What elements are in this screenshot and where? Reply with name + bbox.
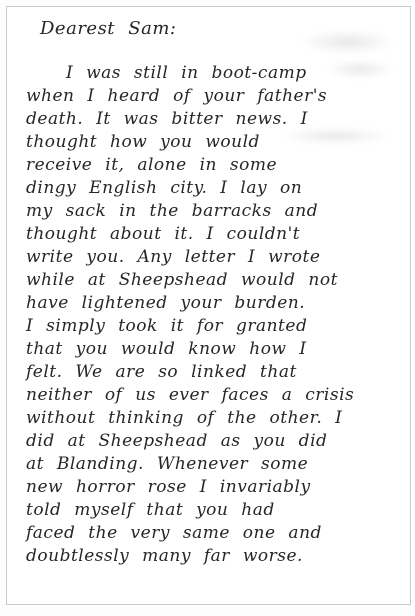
letter-line: thought how you would xyxy=(26,131,403,154)
letter-line: have lightened your burden. xyxy=(26,292,403,315)
letter-line: faced the very same one and xyxy=(26,522,403,545)
letter-body: I was still in boot-campwhen I heard of … xyxy=(26,62,403,568)
letter-line: at Blanding. Whenever some xyxy=(26,453,403,476)
letter-line: death. It was bitter news. I xyxy=(26,108,403,131)
letter-line: that you would know how I xyxy=(26,338,403,361)
letter-line: I simply took it for granted xyxy=(26,315,403,338)
letter-line: thought about it. I couldn't xyxy=(26,223,403,246)
scanned-letter-page: Dearest Sam: I was still in boot-campwhe… xyxy=(0,0,415,616)
letter-line: felt. We are so linked that xyxy=(26,361,403,384)
letter-line: doubtlessly many far worse. xyxy=(26,545,403,568)
letter-line: neither of us ever faces a crisis xyxy=(26,384,403,407)
letter-line: write you. Any letter I wrote xyxy=(26,246,403,269)
letter-line: my sack in the barracks and xyxy=(26,200,403,223)
letter-line: while at Sheepshead would not xyxy=(26,269,403,292)
letter-line: when I heard of your father's xyxy=(26,85,403,108)
letter-line: new horror rose I invariably xyxy=(26,476,403,499)
letter-line: dingy English city. I lay on xyxy=(26,177,403,200)
letter-line: without thinking of the other. I xyxy=(26,407,403,430)
letter-line: did at Sheepshead as you did xyxy=(26,430,403,453)
letter-line: told myself that you had xyxy=(26,499,403,522)
letter-salutation: Dearest Sam: xyxy=(40,18,403,39)
letter-content: Dearest Sam: I was still in boot-campwhe… xyxy=(26,18,403,568)
letter-line: I was still in boot-camp xyxy=(66,62,403,85)
letter-line: receive it, alone in some xyxy=(26,154,403,177)
